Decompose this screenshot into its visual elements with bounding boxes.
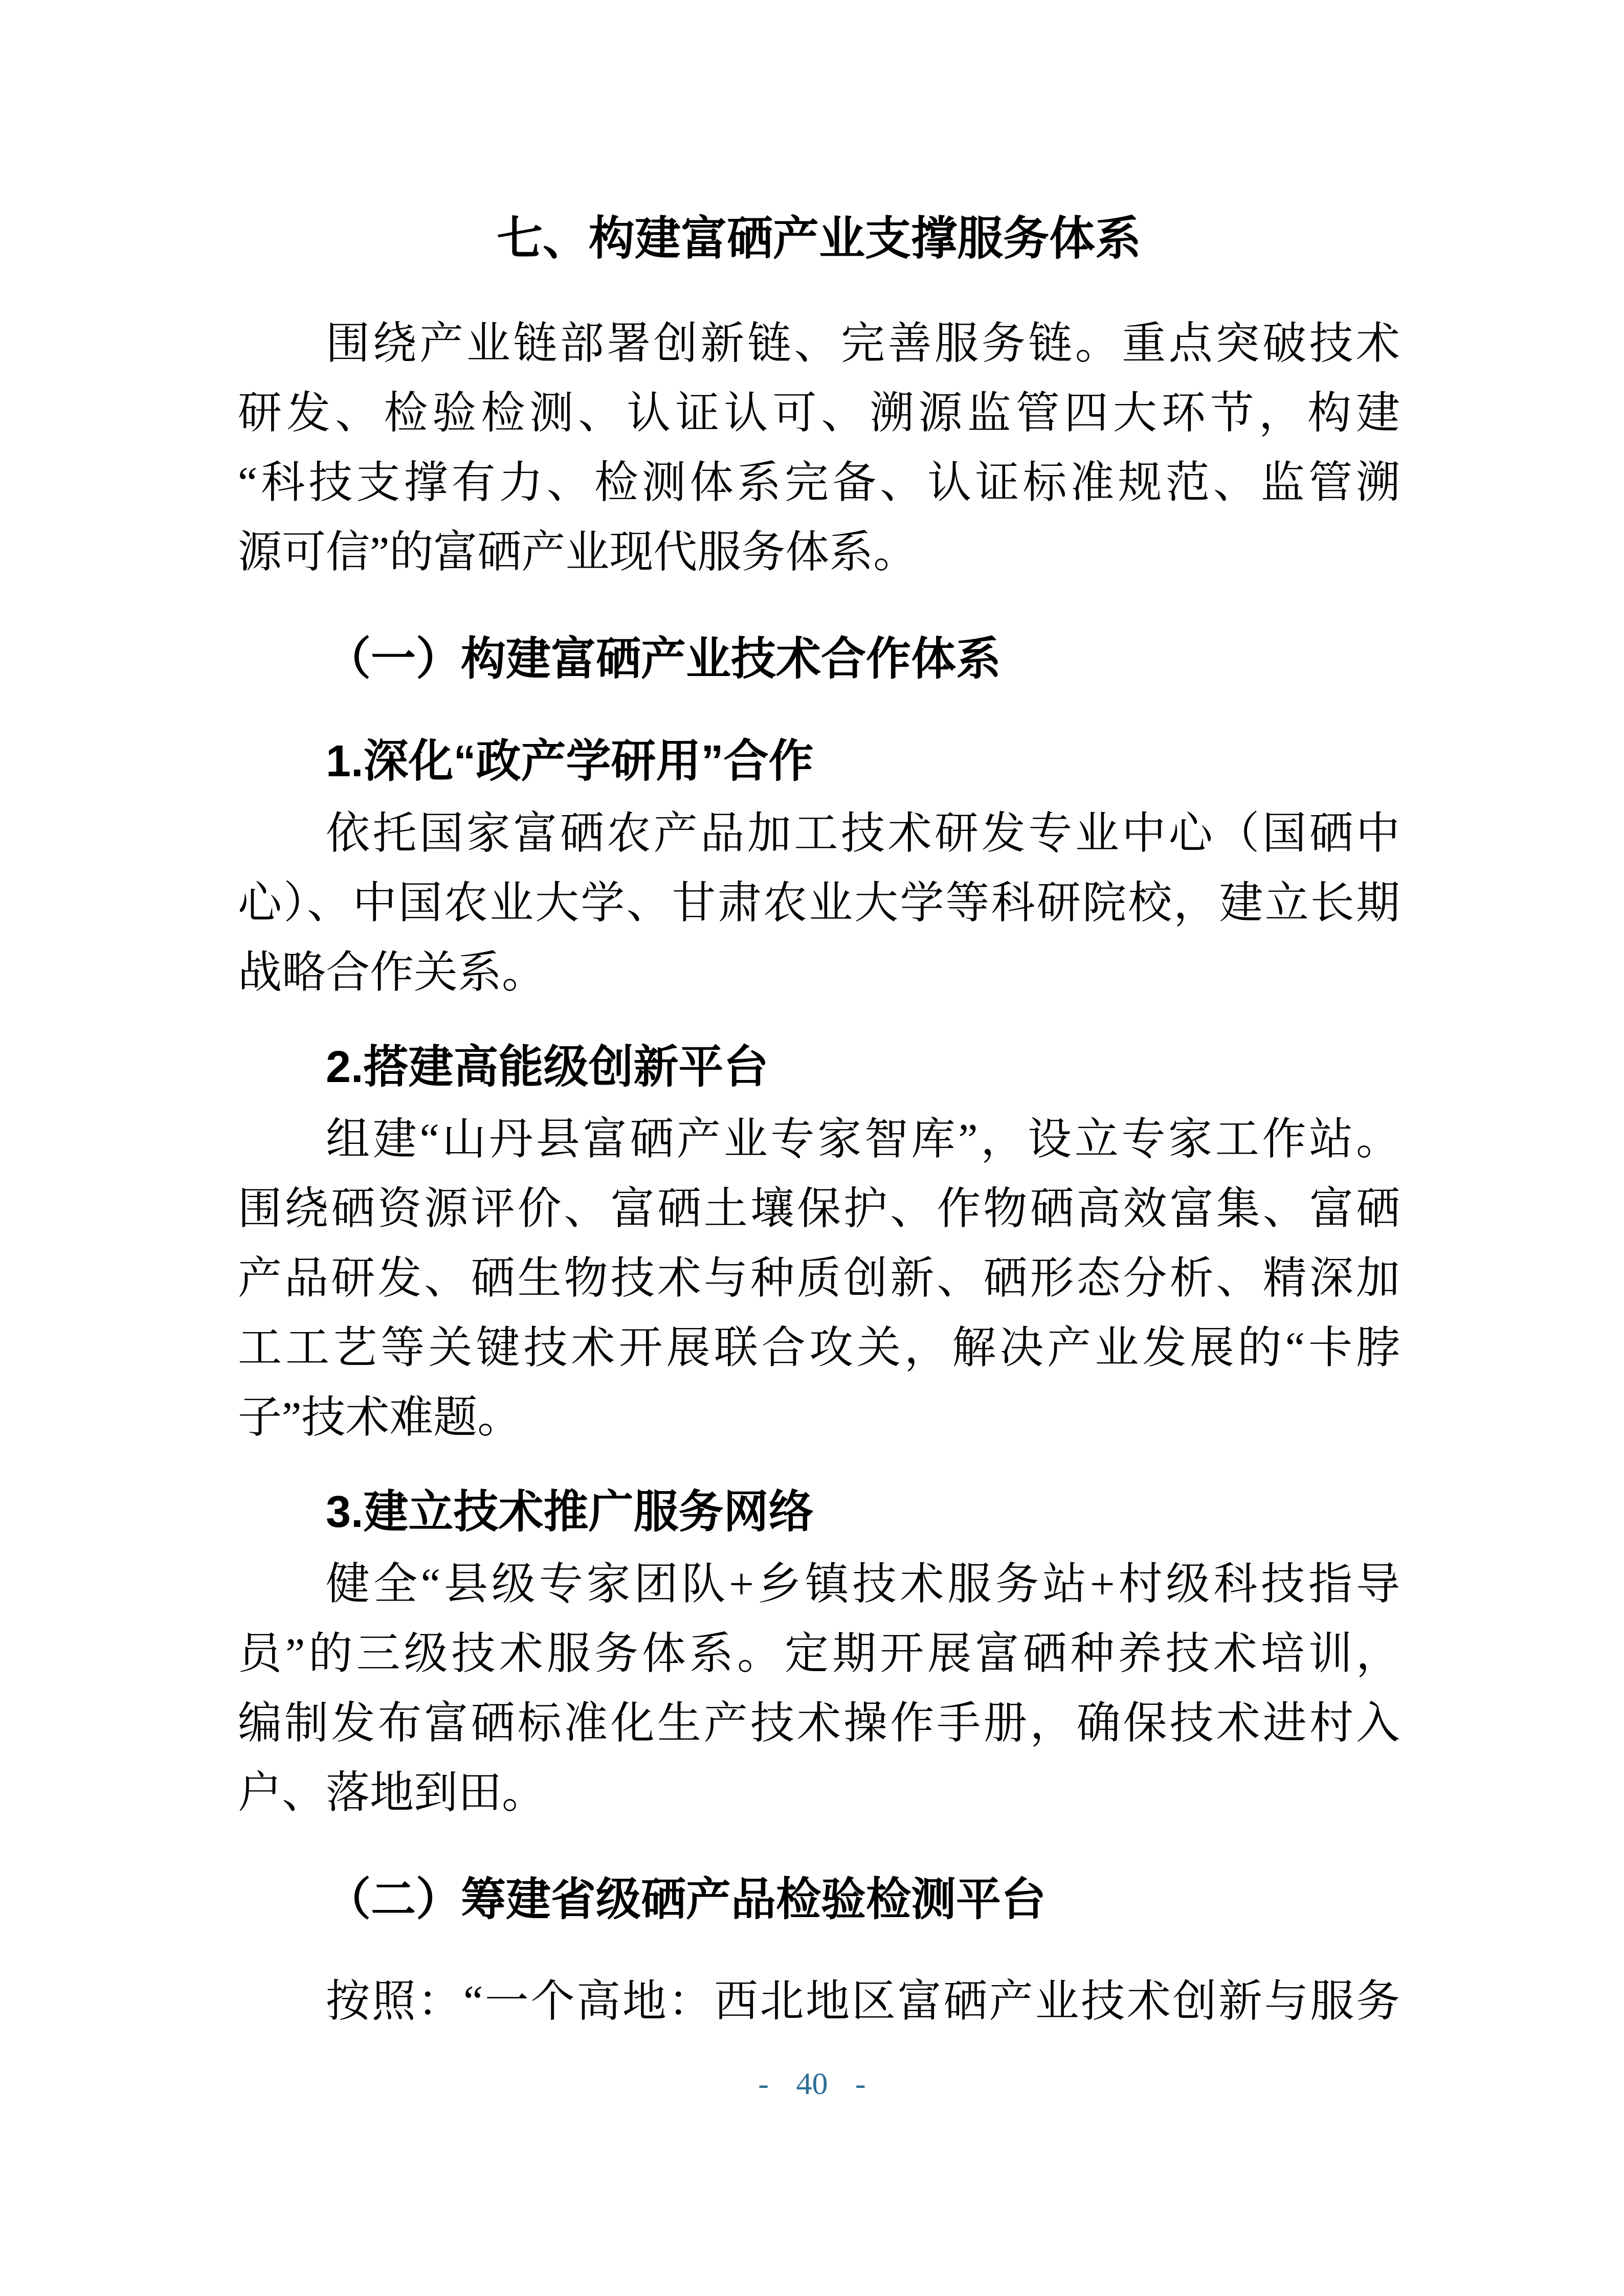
subsection-heading-3: 3.建立技术推广服务网络 xyxy=(238,1477,1400,1546)
paragraph-line: 健全“县级专家团队+乡镇技术服务站+村级科技指导 xyxy=(238,1549,1400,1619)
section-heading-2: （二）筹建省级硒产品检验检测平台 xyxy=(238,1864,1400,1934)
paragraph-line: 员”的三级技术服务体系。定期开展富硒种养技术培训， xyxy=(238,1619,1400,1689)
paragraph-line: 户、落地到田。 xyxy=(238,1758,1400,1828)
paragraph-line: 心）、中国农业大学、甘肃农业大学等科研院校，建立长期 xyxy=(238,868,1400,938)
document-content: 七、构建富硒产业支撑服务体系 围绕产业链部署创新链、完善服务链。重点突破技术 研… xyxy=(238,205,1400,2036)
paragraph-line: 围绕产业链部署创新链、完善服务链。重点突破技术 xyxy=(238,309,1400,378)
page-number: - 40 - xyxy=(0,2063,1624,2104)
paragraph-line: 子”技术难题。 xyxy=(238,1383,1400,1452)
section-heading-1: （一）构建富硒产业技术合作体系 xyxy=(238,624,1400,693)
paragraph-line: 按照：“一个高地：西北地区富硒产业技术创新与服务 xyxy=(238,1967,1400,2036)
paragraph-line: 编制发布富硒标准化生产技术操作手册，确保技术进村入 xyxy=(238,1689,1400,1758)
paragraph-line: 战略合作关系。 xyxy=(238,938,1400,1007)
subsection-heading-1: 1.深化“政产学研用”合作 xyxy=(238,726,1400,796)
paragraph-line: 源可信”的富硒产业现代服务体系。 xyxy=(238,517,1400,587)
subsection-heading-2: 2.搭建高能级创新平台 xyxy=(238,1032,1400,1101)
document-page: 七、构建富硒产业支撑服务体系 围绕产业链部署创新链、完善服务链。重点突破技术 研… xyxy=(0,0,1624,2296)
paragraph-line: 工工艺等关键技术开展联合攻关，解决产业发展的“卡脖 xyxy=(238,1313,1400,1383)
paragraph-line: 研发、检验检测、认证认可、溯源监管四大环节，构建 xyxy=(238,378,1400,448)
doc-title: 七、构建富硒产业支撑服务体系 xyxy=(238,205,1400,274)
paragraph-line: “科技支撑有力、检测体系完备、认证标准规范、监管溯 xyxy=(238,448,1400,517)
paragraph-line: 依托国家富硒农产品加工技术研发专业中心（国硒中 xyxy=(238,799,1400,868)
paragraph-line: 围绕硒资源评价、富硒土壤保护、作物硒高效富集、富硒 xyxy=(238,1174,1400,1244)
paragraph-line: 产品研发、硒生物技术与种质创新、硒形态分析、精深加 xyxy=(238,1244,1400,1313)
paragraph-line: 组建“山丹县富硒产业专家智库”，设立专家工作站。 xyxy=(238,1105,1400,1174)
